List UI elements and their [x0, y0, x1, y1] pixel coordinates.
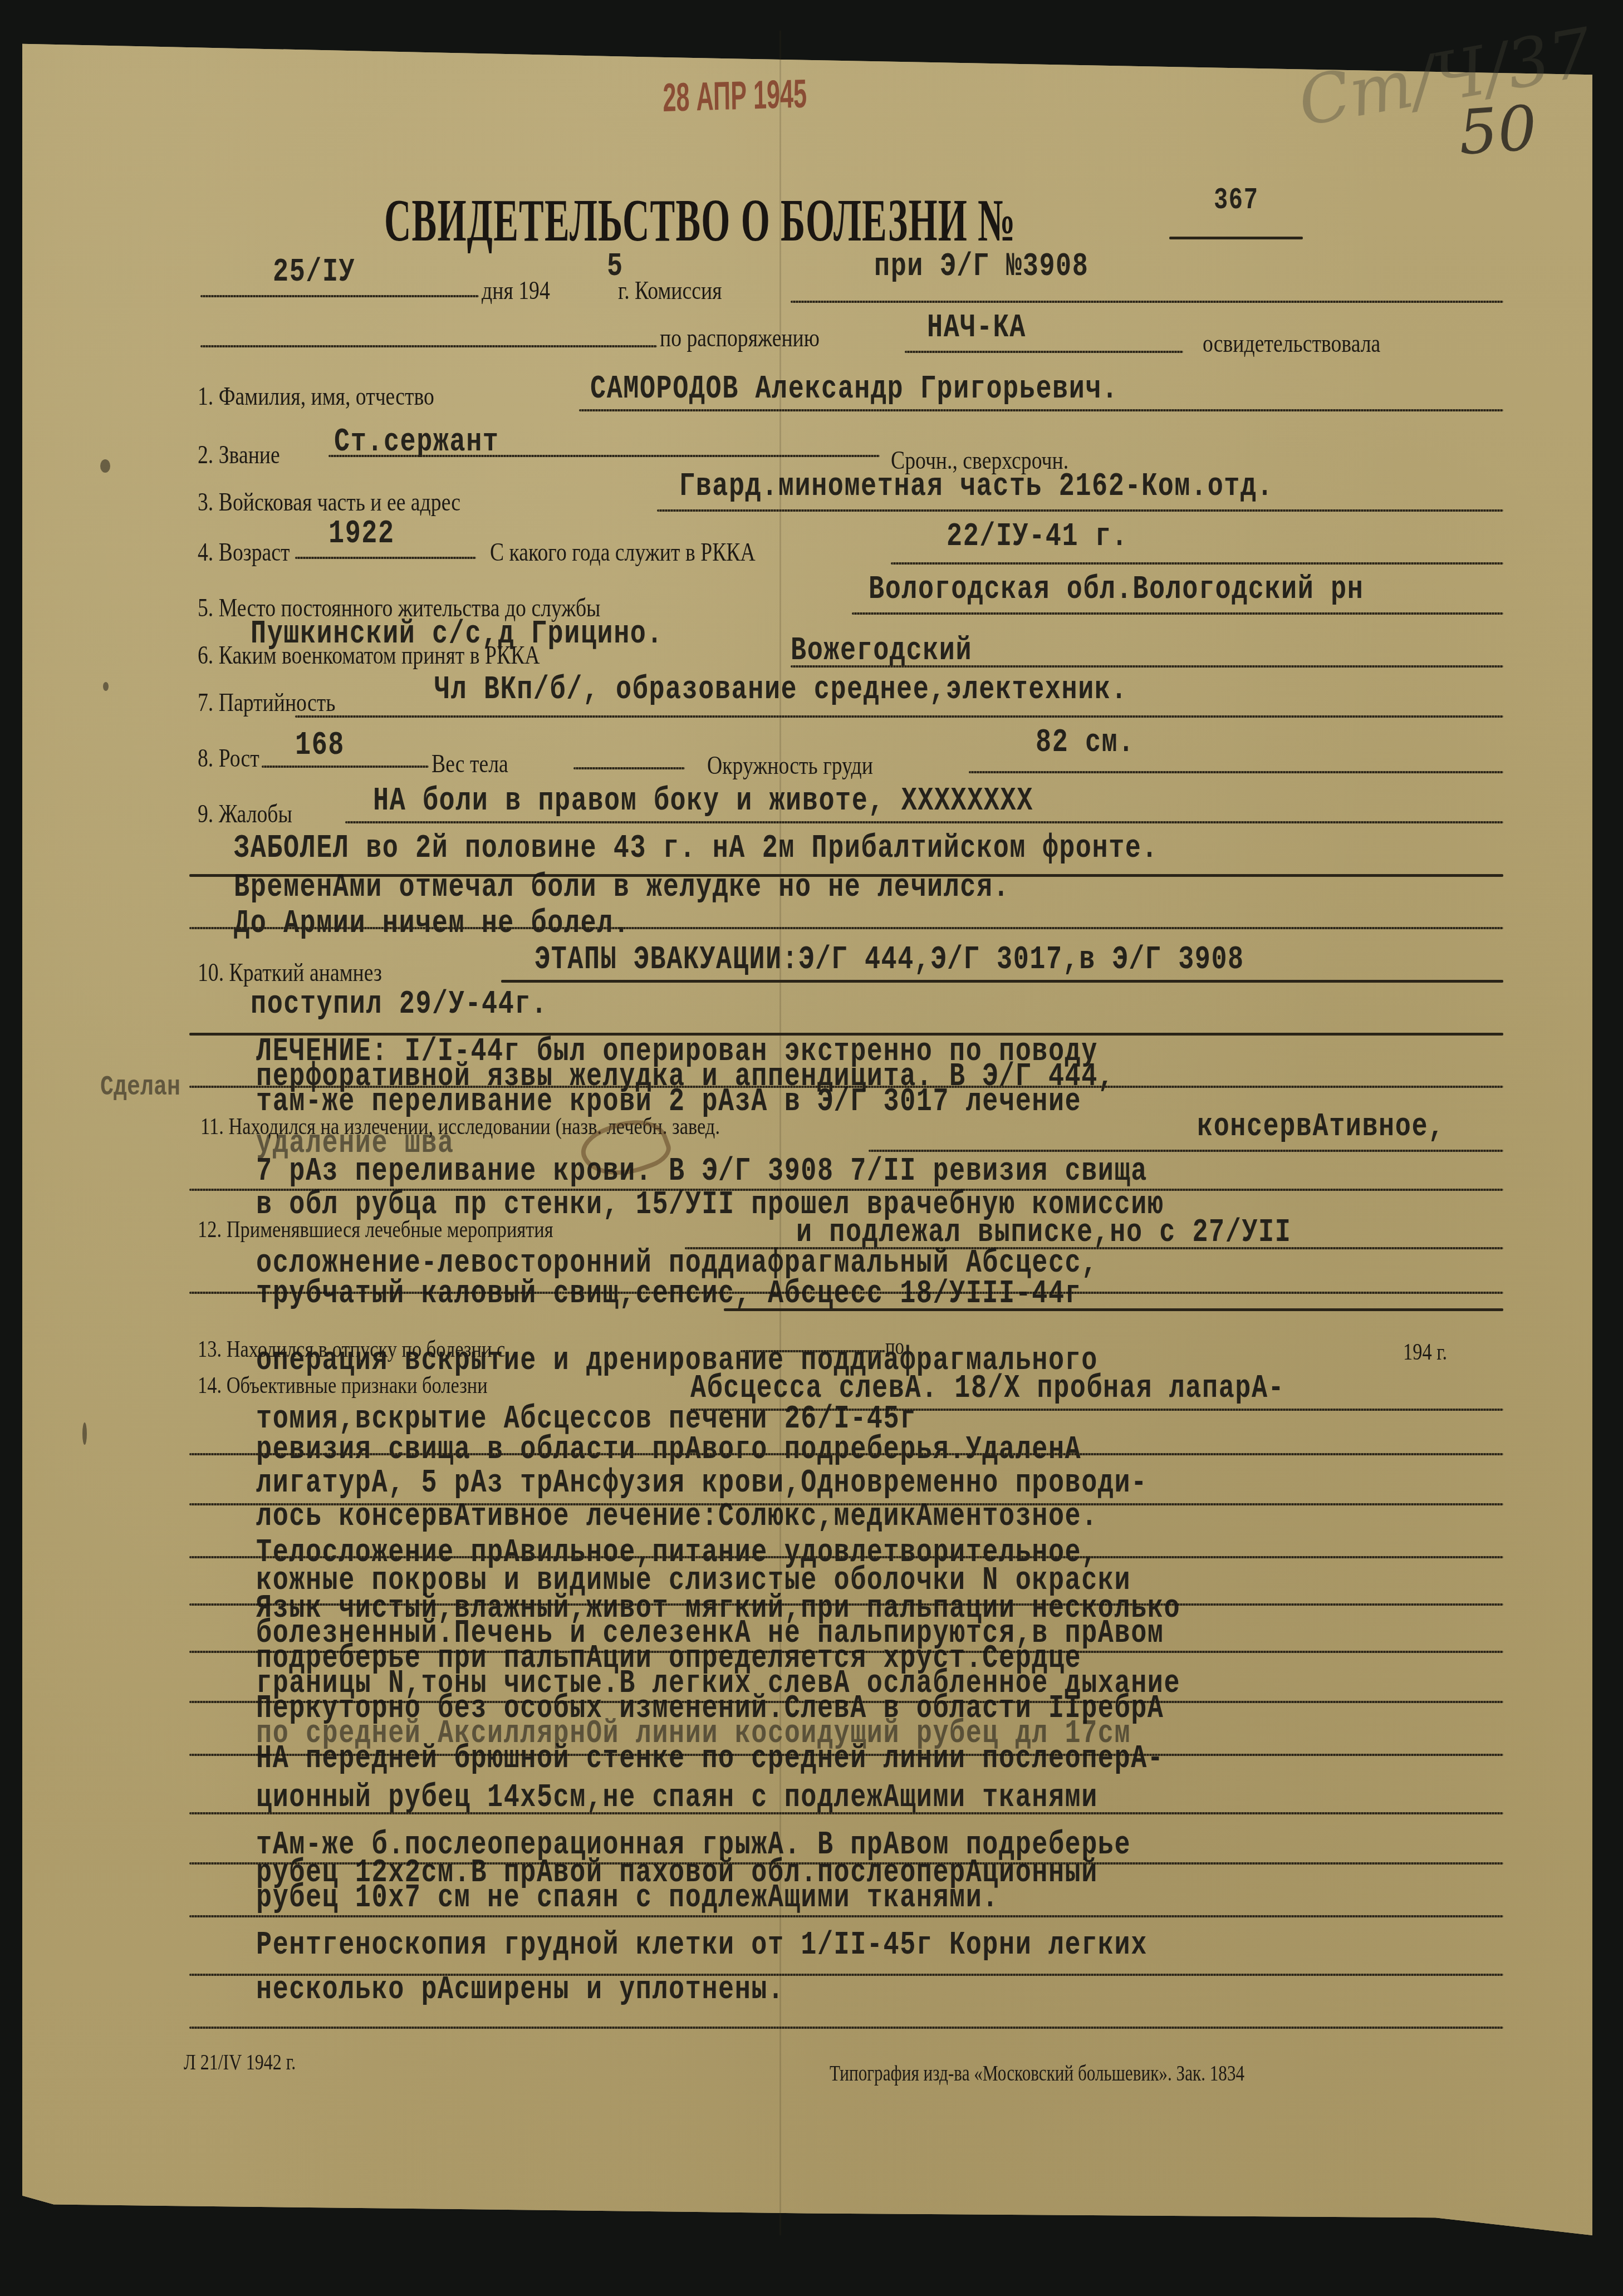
- field-4-value2: 22/IУ-41 г.: [947, 518, 1128, 556]
- field-10-cont-1: поступил 29/У-44г.: [251, 985, 548, 1023]
- field-8-underline2: [573, 767, 685, 769]
- date-value: 25/IУ: [273, 253, 355, 291]
- ink-spot: [100, 459, 110, 473]
- field-9-cont-3: До Армии ничем не болел.: [234, 905, 630, 943]
- field-14-cont-4: лось консервАтивное лечение:Солюкс,медик…: [256, 1498, 1098, 1535]
- field-6-label: 6. Каким военкоматом принят в РККА: [198, 640, 540, 670]
- field-5-underline: [852, 612, 1503, 615]
- field-14-cont-19: несколько рАсширены и уплотнены.: [256, 1971, 784, 2009]
- commission-underline: [791, 301, 1503, 303]
- field-7-value: Чл ВКп/б/, образование среднее,электехни…: [434, 671, 1127, 709]
- field-11-value: консервАтивное,: [1197, 1108, 1445, 1146]
- field-1-value: САМОРОДОВ Александр Григорьевич.: [590, 370, 1119, 408]
- field-11-cont-2: 7 рАз переливание крови. В Э/Г 3908 7/II…: [256, 1152, 1148, 1190]
- field-8-underline: [262, 766, 429, 768]
- field-7-label: 7. Партийность: [198, 688, 335, 717]
- date-underline: [200, 295, 479, 297]
- field-9-underline: [345, 821, 1503, 823]
- field-2-underline: [328, 455, 880, 457]
- field-14-line-2: [189, 1453, 1503, 1455]
- field-4-underline2: [891, 562, 1503, 565]
- field-14-line-13: [189, 2027, 1503, 2029]
- field-14-label: 14. Объективные признаки болезни: [198, 1372, 488, 1399]
- ink-spot: [103, 682, 109, 691]
- folio-number: 50: [1457, 92, 1539, 168]
- field-14-cont-3: лигатурА, 5 рАз трАнсфузия крови,Одновре…: [256, 1464, 1148, 1502]
- field-7-underline: [295, 715, 1503, 718]
- commission-label: г. Комиссия: [618, 276, 722, 305]
- field-3-label: 3. Войсковая часть и ее адрес: [198, 487, 460, 517]
- field-9-label: 9. Жалобы: [198, 799, 292, 828]
- ink-spot: [82, 1422, 87, 1445]
- field-14-line-11: [189, 1915, 1503, 1917]
- field-11-underline: [869, 1150, 1503, 1152]
- field-9-cont-1: ЗАБОЛЕЛ во 2й половине 43 г. нА 2м Приба…: [234, 830, 1158, 867]
- field-14-line-4: [189, 1556, 1503, 1558]
- field-3-underline: [657, 509, 1503, 512]
- field-4-label: 4. Возраст: [198, 537, 290, 567]
- field-14-line-9: [189, 1812, 1503, 1814]
- field-5-value: Вологодская обл.Вологодский рн: [869, 571, 1364, 609]
- field-9-value: НА боли в правом боку и животе, ХХХХХХХХ: [373, 782, 1033, 820]
- certified-label: освидетельствовала: [1203, 328, 1380, 358]
- date-stamp: 28 АПР 1945: [663, 71, 807, 121]
- field-12-label: 12. Применявшиеся лечебные мероприятия: [198, 1216, 553, 1243]
- field-8-label2: Вес тела: [432, 749, 508, 778]
- field-14-cont-18: Рентгеноскопия грудной клетки от 1/II-45…: [256, 1926, 1148, 1964]
- field-8-label3: Окружность груди: [707, 750, 873, 780]
- field-8-underline3: [969, 771, 1503, 773]
- field-8-value3: 82 см.: [1036, 724, 1135, 762]
- field-14-cont-2: ревизия свища в области прАвого подребер…: [256, 1431, 1081, 1469]
- field-14-cont-13: НА передней брюшной стенке по средней ли…: [256, 1740, 1164, 1778]
- field-10-label: 10. Краткий анамнез: [198, 958, 382, 987]
- field-4-label2: С какого года служит в РККА: [490, 537, 756, 567]
- order-underline-left: [200, 345, 657, 347]
- field-4-underline: [295, 557, 476, 559]
- field-9-line-3: [189, 927, 1503, 929]
- field-14-cont-17: рубец 10х7 см не спаян с подлежАщими тка…: [256, 1879, 999, 1917]
- margin-note: Сделан: [100, 1072, 180, 1103]
- field-12-line-3: [724, 1308, 1503, 1311]
- field-13-label3: 194 г.: [1403, 1339, 1447, 1366]
- field-14-cont-14: ционный рубец 14х5см,не спаян с подлежАщ…: [256, 1779, 1098, 1817]
- field-9-cont-2: ВременАми отмечал боли в желудке но не л…: [234, 869, 1009, 906]
- order-underline-right: [905, 351, 1183, 353]
- field-2-label: 2. Звание: [198, 440, 280, 469]
- field-12-cont-2: трубчатый каловый свищ,сепсис, Абсцесс 1…: [256, 1275, 1081, 1313]
- day-label: дня 194: [482, 276, 550, 305]
- order-label: по распоряжению: [660, 323, 820, 352]
- field-10-value: ЭТАПЫ ЭВАКУАЦИИ:Э/Г 444,Э/Г 3017,в Э/Г 3…: [535, 941, 1244, 979]
- certificate-number: 367: [1214, 184, 1259, 218]
- order-value: НАЧ-КА: [927, 309, 1026, 347]
- field-6-value: Вожегодский: [791, 632, 972, 670]
- field-6-underline: [791, 665, 1503, 668]
- field-1-label: 1. Фамилия, имя, отчество: [198, 381, 434, 411]
- field-3-value: Гвард.минометная часть 2162-Ком.отд.: [679, 468, 1273, 506]
- number-underline: [1169, 237, 1303, 239]
- printer-imprint: Типография изд-ва «Московский большевик»…: [830, 2060, 1244, 2086]
- field-8-value: 168: [295, 727, 345, 764]
- form-code: Л 21/IV 1942 г.: [184, 2049, 296, 2075]
- commission-value: при Э/Г №3908: [874, 248, 1088, 286]
- field-10-underline: [501, 980, 1503, 983]
- field-8-label: 8. Рост: [198, 743, 259, 773]
- field-4-value: 1922: [328, 515, 395, 553]
- field-1-underline: [579, 409, 1503, 411]
- document-title: СВИДЕТЕЛЬСТВО О БОЛЕЗНИ №: [384, 187, 1016, 256]
